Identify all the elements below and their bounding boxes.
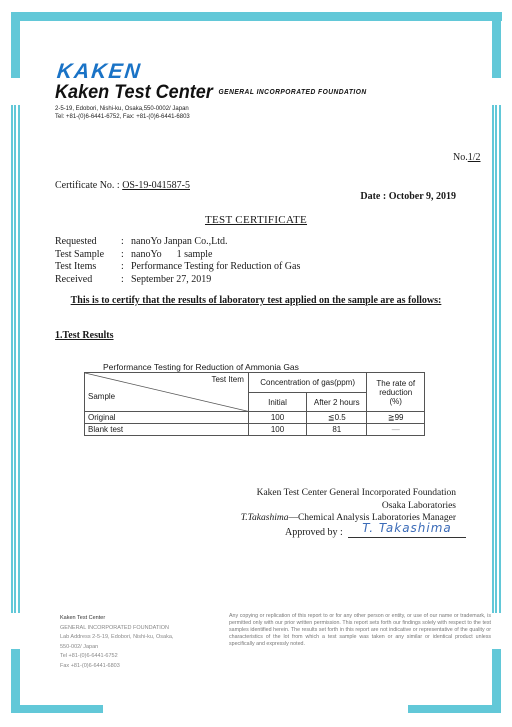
field-test-items: Test Items:Performance Testing for Reduc… [55,261,300,274]
field-value: nanoYo 1 sample [131,249,212,262]
field-label: Received [55,274,121,287]
cell-initial: 100 [248,412,306,424]
table-caption: Performance Testing for Reduction of Amm… [103,362,299,372]
footer-address: Lab Address 2-5-19, Edobori, Nishi-ku, O… [60,633,173,643]
header-concentration: Concentration of gas(ppm) [248,373,367,393]
header-rate-line1: The rate of [376,379,415,388]
diagonal-header-cell: Test Item Sample [85,373,249,412]
page-number-value: 1/2 [468,152,481,163]
cell-rate: ≧99 [367,412,425,424]
field-separator: : [121,274,131,287]
signature-lab: Osaka Laboratories [241,500,456,513]
table-header-row: Test Item Sample Concentration of gas(pp… [85,373,425,393]
header-initial: Initial [248,393,306,412]
certificate-number: Certificate No. : OS-19-041587-5 [55,180,190,191]
cell-after: ≦0.5 [307,412,367,424]
cell-sample: Blank test [85,424,249,436]
signature-line: T. Takashima [348,525,466,538]
results-table: Test Item Sample Concentration of gas(pp… [84,372,425,436]
org-address: 2-5-19, Edobori, Nishi-ku, Osaka,550-000… [55,106,189,112]
border-right-bracket-bottom [492,649,501,713]
table-row: Original 100 ≦0.5 ≧99 [85,412,425,424]
field-separator: : [121,249,131,262]
footer-tel: Tel +81-(0)6-6441-6752 [60,652,173,662]
org-name: Kaken Test CenterGENERAL INCORPORATED FO… [55,82,367,104]
cell-sample: Original [85,412,249,424]
border-top-left-bar [11,12,502,21]
field-value: Performance Testing for Reduction of Gas [131,261,300,274]
border-left-bracket-bottom [11,649,20,713]
approved-label: Approved by : [285,527,345,538]
signature-block: Kaken Test Center General Incorporated F… [241,487,456,525]
handwritten-signature: T. Takashima [362,521,452,535]
org-name-text: Kaken Test Center [55,82,213,103]
cell-rate: — [367,424,425,436]
field-separator: : [121,236,131,249]
certificate-number-label: Certificate No. : [55,180,122,191]
header-sample: Sample [88,392,115,401]
field-value: September 27, 2019 [131,274,211,287]
kaken-logo: KAKEN [56,60,143,84]
request-fields: Requested:nanoYo Janpan Co.,Ltd. Test Sa… [55,236,300,286]
field-label: Test Sample [55,249,121,262]
field-received: Received:September 27, 2019 [55,274,300,287]
field-label: Test Items [55,261,121,274]
header-after: After 2 hours [307,393,367,412]
border-right-bracket-top [492,12,501,78]
header-rate-line2: reduction [379,388,412,397]
border-right-lines [492,105,501,613]
certify-statement: This is to certify that the results of l… [0,295,512,306]
signature-org: Kaken Test Center General Incorporated F… [241,487,456,500]
border-left-lines [11,105,20,613]
document-title: TEST CERTIFICATE [0,214,512,226]
footer-contact: Kaken Test Center GENERAL INCORPORATED F… [60,614,173,671]
footer-postal: 550-002/ Japan [60,643,173,653]
field-requested: Requested:nanoYo Janpan Co.,Ltd. [55,236,300,249]
footer-fax: Fax +81-(0)6-6441-6803 [60,662,173,672]
org-subtitle: GENERAL INCORPORATED FOUNDATION [219,89,367,96]
field-test-sample: Test Sample:nanoYo 1 sample [55,249,300,262]
header-rate: The rate of reduction (%) [367,373,425,412]
header-test-item: Test Item [211,375,243,384]
table-row: Blank test 100 81 — [85,424,425,436]
border-left-bracket-top [11,12,20,78]
header-rate-line3: (%) [389,397,401,406]
border-bottom-left-bar [11,705,103,713]
page-number-prefix: No. [453,152,468,163]
approved-by: Approved by : T. Takashima [285,525,466,538]
certificate-number-value: OS-19-041587-5 [122,180,190,191]
field-separator: : [121,261,131,274]
footer-subtitle: GENERAL INCORPORATED FOUNDATION [60,624,173,634]
border-bottom-right-bar [408,705,501,713]
cell-initial: 100 [248,424,306,436]
certificate-date: Date : October 9, 2019 [360,191,456,202]
org-phone-fax: Tel: +81-(0)6-6441-6752, Fax: +81-(0)6-6… [55,114,190,120]
manager-name: T.Takashima [241,513,289,523]
footer-disclaimer: Any copying or replication of this repor… [229,613,491,648]
footer-org: Kaken Test Center [60,614,173,624]
field-value: nanoYo Janpan Co.,Ltd. [131,236,227,249]
results-heading: 1.Test Results [55,330,114,341]
cell-after: 81 [307,424,367,436]
field-label: Requested [55,236,121,249]
page-number: No.1/2 [453,152,481,163]
